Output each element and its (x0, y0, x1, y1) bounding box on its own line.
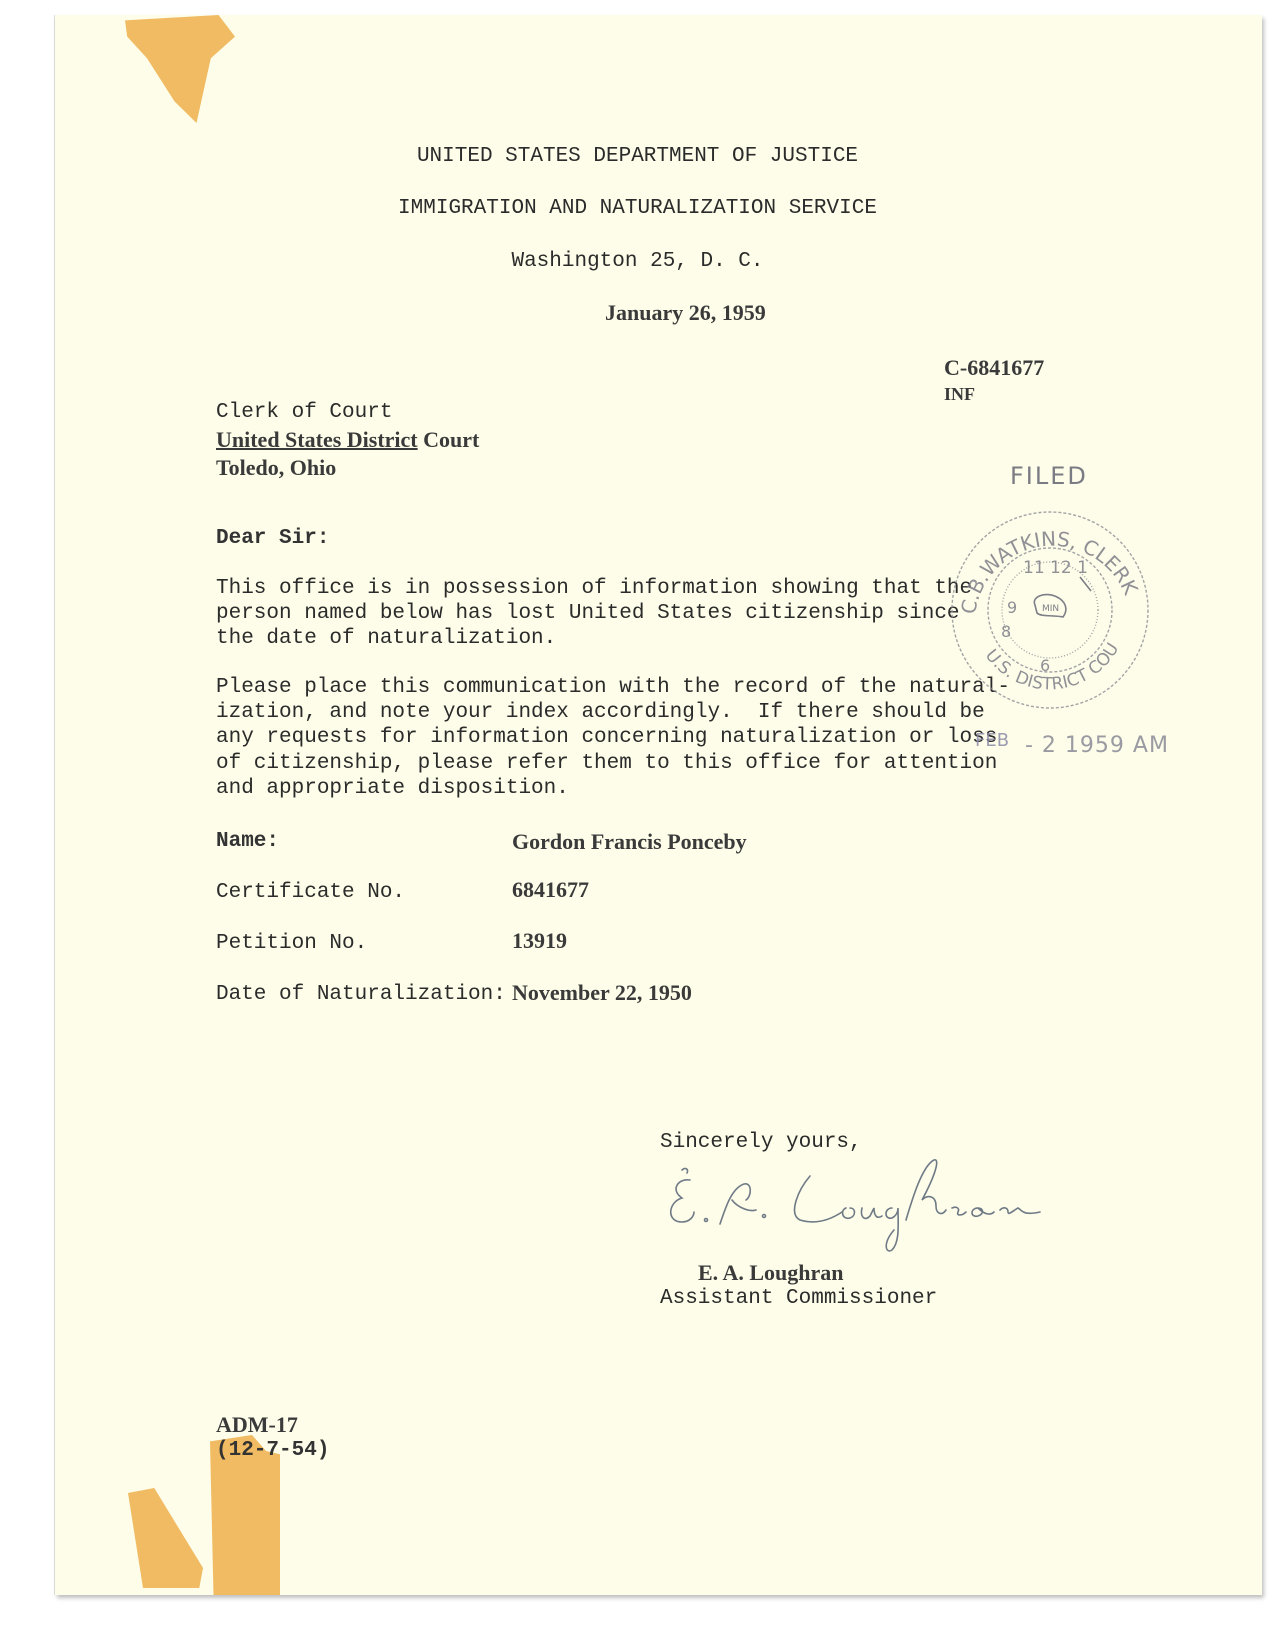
file-number: C-6841677 (944, 355, 1044, 381)
paragraph2-line2: ization, and note your index accordingly… (216, 700, 985, 726)
stamp-month: FEB (975, 730, 1009, 751)
paragraph1-line3: the date of naturalization. (216, 626, 556, 652)
clerk-seal-stamp-icon: C.B.WATKINS, CLERK U.S. DISTRICT COURT 1… (945, 505, 1155, 715)
detail-label-name: Name: (216, 829, 279, 855)
recipient-court-rest: Court (418, 427, 480, 452)
letter-date: January 26, 1959 (605, 300, 766, 326)
signer-name: E. A. Loughran (698, 1260, 844, 1286)
svg-text:8: 8 (1001, 622, 1011, 641)
svg-text:MIN: MIN (1042, 604, 1059, 614)
form-number: ADM-17 (216, 1412, 298, 1438)
svg-text:6: 6 (1040, 656, 1050, 675)
filed-stamp-label: FILED (1010, 462, 1088, 490)
detail-value-naturalization-date: November 22, 1950 (512, 980, 692, 1006)
letterhead-department: UNITED STATES DEPARTMENT OF JUSTICE (0, 144, 1275, 170)
handwritten-signature (660, 1150, 1050, 1260)
svg-text:9: 9 (1007, 598, 1017, 617)
salutation: Dear Sir: (216, 526, 329, 552)
paragraph1-line2: person named below has lost United State… (216, 601, 960, 627)
detail-value-name: Gordon Francis Ponceby (512, 829, 747, 855)
paragraph2-line4: of citizenship, please refer them to thi… (216, 751, 997, 777)
paragraph2-line3: any requests for information concerning … (216, 725, 997, 751)
letterhead-service: IMMIGRATION AND NATURALIZATION SERVICE (0, 196, 1275, 222)
detail-value-petition: 13919 (512, 928, 567, 954)
detail-value-certificate: 6841677 (512, 877, 589, 903)
detail-label-petition: Petition No. (216, 931, 367, 957)
form-revision: (12-7-54) (216, 1438, 329, 1464)
detail-label-naturalization-date: Date of Naturalization: (216, 982, 506, 1008)
detail-label-certificate: Certificate No. (216, 880, 405, 906)
recipient-line2: United States District Court (216, 427, 479, 453)
paragraph1-line1: This office is in possession of informat… (216, 576, 972, 602)
signer-title: Assistant Commissioner (660, 1286, 937, 1312)
paragraph2-line1: Please place this communication with the… (216, 675, 1010, 701)
file-code: INF (944, 381, 975, 407)
stamp-date: - 2 1959 AM (1025, 733, 1169, 758)
paragraph2-line5: and appropriate disposition. (216, 776, 569, 802)
letterhead-location: Washington 25, D. C. (0, 249, 1275, 275)
recipient-line1: Clerk of Court (216, 400, 392, 426)
recipient-line3: Toledo, Ohio (216, 455, 336, 481)
svg-text:11 12 1: 11 12 1 (1023, 558, 1088, 578)
recipient-court-underlined: United States District (216, 427, 418, 452)
